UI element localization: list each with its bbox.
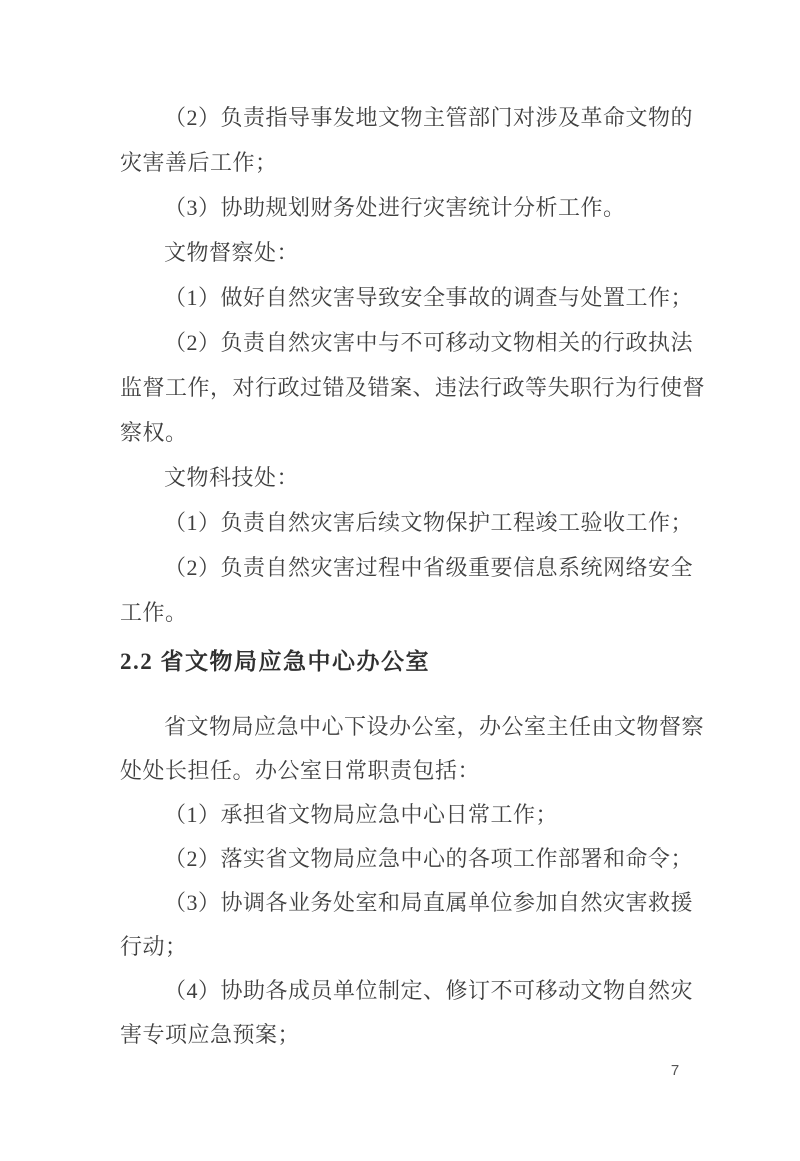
text-line: （4）协助各成员单位制定、修订不可移动文物自然灾 [120, 969, 692, 1013]
text-line: （1）负责自然灾害后续文物保护工程竣工验收工作； [120, 500, 692, 545]
text-line: （3）协助规划财务处进行灾害统计分析工作。 [120, 185, 692, 230]
document-body: （2）负责指导事发地文物主管部门对涉及革命文物的 灾害善后工作； （3）协助规划… [120, 95, 692, 1057]
text-line: 监督工作，对行政过错及错案、违法行政等失职行为行使督 [120, 365, 692, 410]
text-line: 文物科技处： [120, 455, 692, 500]
text-line: 工作。 [120, 590, 692, 635]
text-line: 灾害善后工作； [120, 140, 692, 185]
section-duties: （2）负责指导事发地文物主管部门对涉及革命文物的 灾害善后工作； （3）协助规划… [120, 95, 692, 635]
text-line: （1）做好自然灾害导致安全事故的调查与处置工作； [120, 275, 692, 320]
section-heading: 2.2 省文物局应急中心办公室 [120, 641, 692, 683]
section-office: 省文物局应急中心下设办公室，办公室主任由文物督察 处处长担任。办公室日常职责包括… [120, 705, 692, 1057]
page-number: 7 [660, 1062, 690, 1079]
text-line: 行动； [120, 925, 692, 969]
text-line: 处处长担任。办公室日常职责包括： [120, 749, 692, 793]
text-line: 省文物局应急中心下设办公室，办公室主任由文物督察 [120, 705, 692, 749]
text-line: 文物督察处： [120, 230, 692, 275]
text-line: 害专项应急预案； [120, 1013, 692, 1057]
text-line: （3）协调各业务处室和局直属单位参加自然灾害救援 [120, 881, 692, 925]
text-line: （2）负责指导事发地文物主管部门对涉及革命文物的 [120, 95, 692, 140]
text-line: 察权。 [120, 410, 692, 455]
text-line: （2）落实省文物局应急中心的各项工作部署和命令； [120, 837, 692, 881]
text-line: （1）承担省文物局应急中心日常工作； [120, 793, 692, 837]
text-line: （2）负责自然灾害过程中省级重要信息系统网络安全 [120, 545, 692, 590]
text-line: （2）负责自然灾害中与不可移动文物相关的行政执法 [120, 320, 692, 365]
document-page: （2）负责指导事发地文物主管部门对涉及革命文物的 灾害善后工作； （3）协助规划… [0, 0, 800, 1161]
